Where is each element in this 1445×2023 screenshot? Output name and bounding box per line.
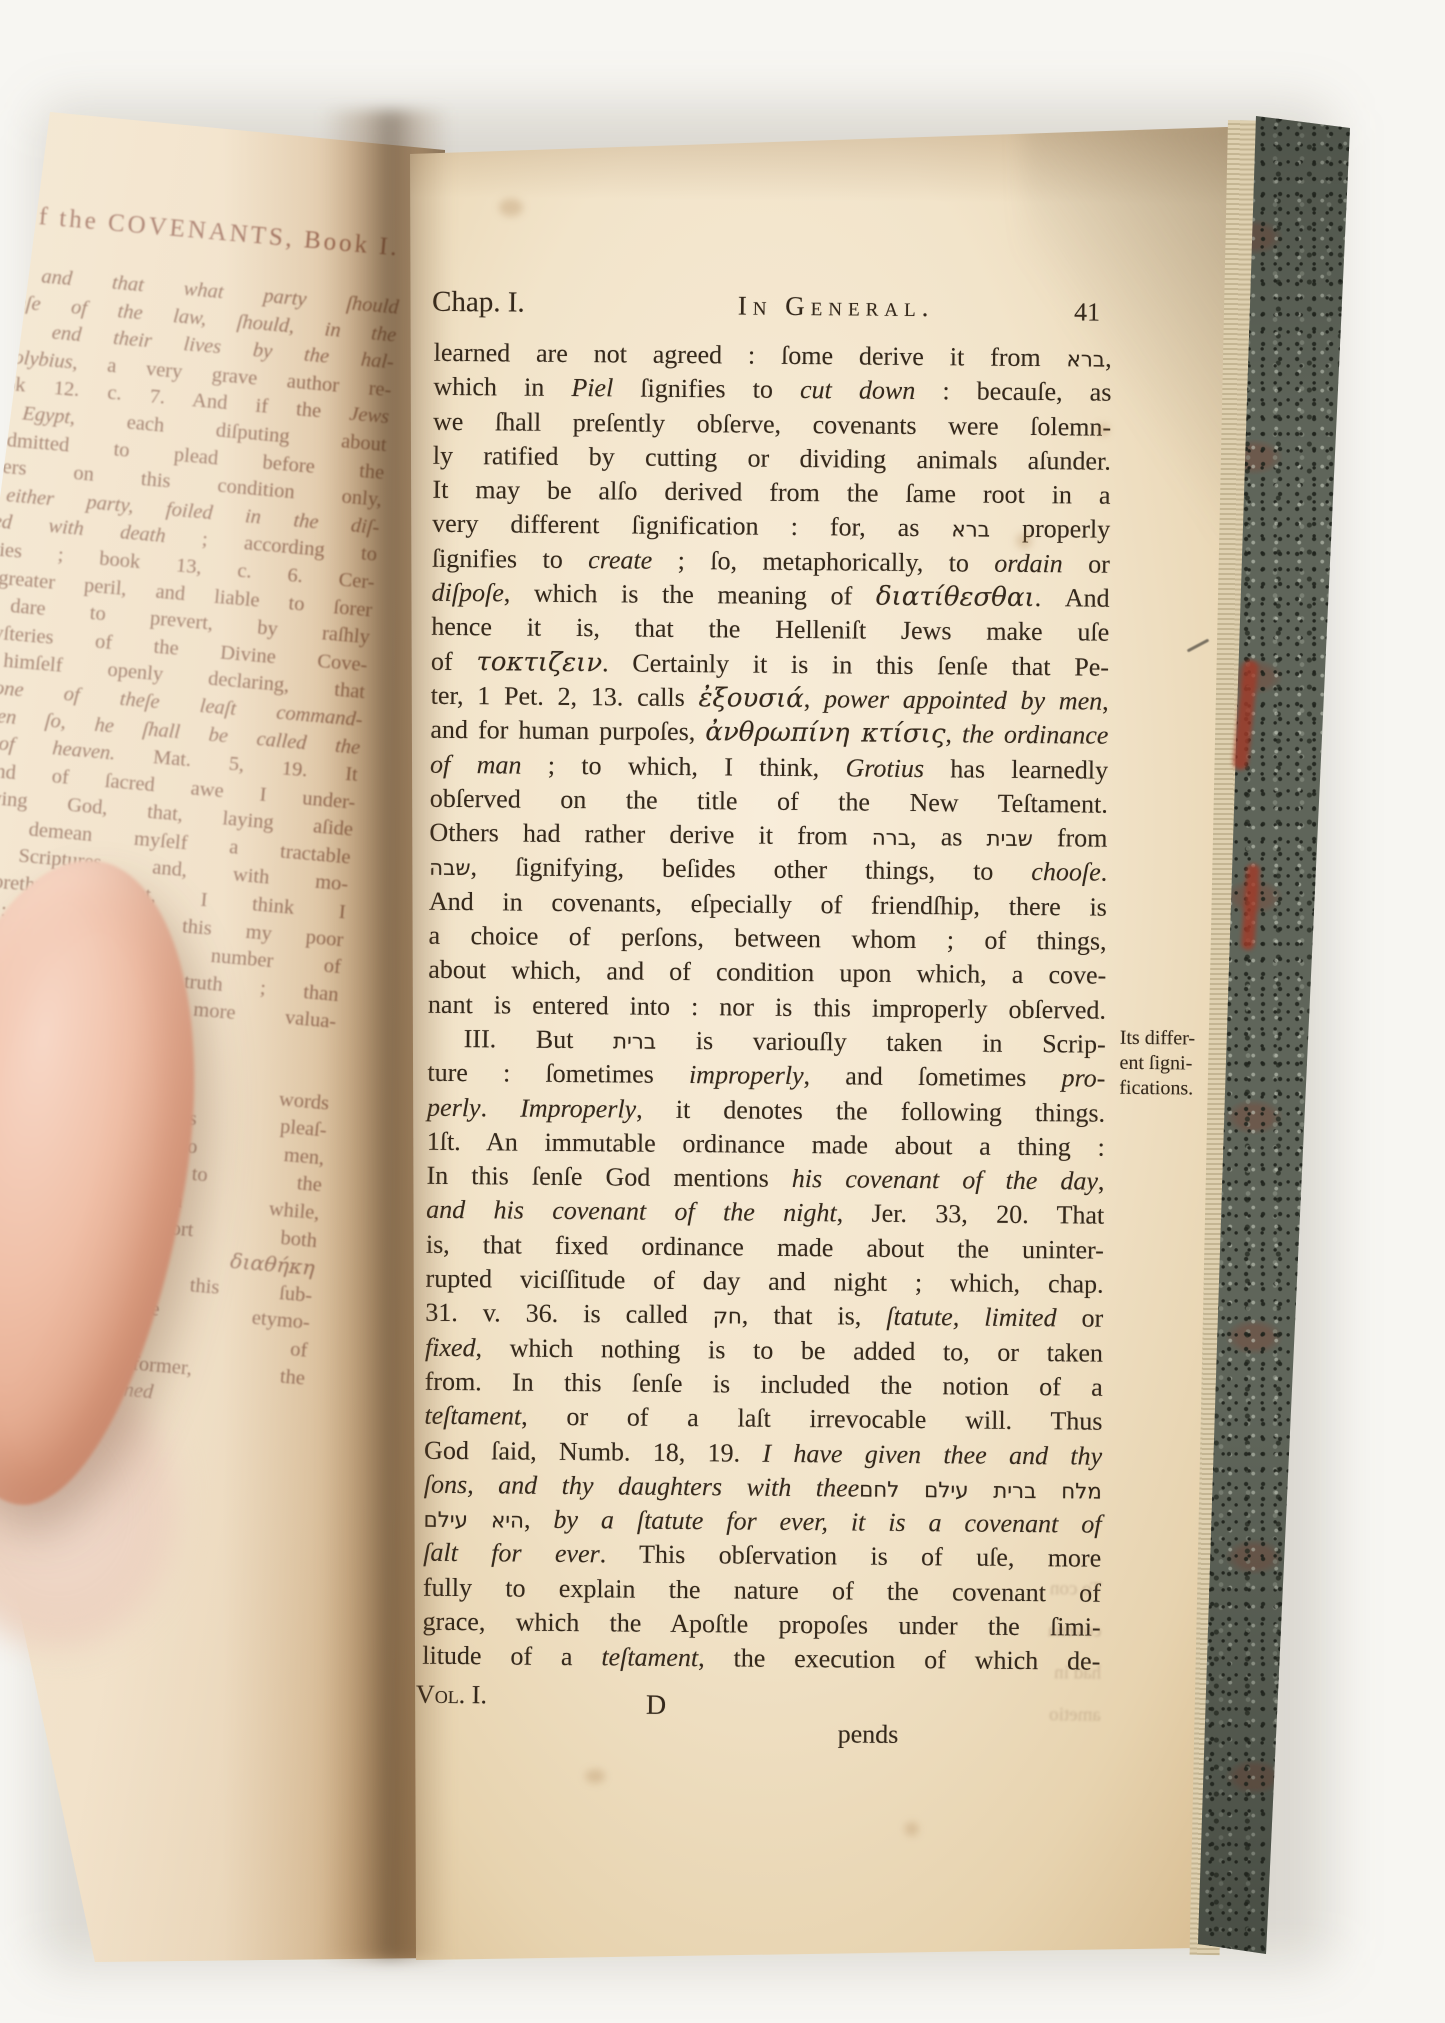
book-photo: Of the COVENANTS, Book I. about their wo… <box>0 0 1445 2023</box>
text-line: ſignifies to create ; ſo, metaphorically… <box>432 542 1110 582</box>
text-line: ly ratified by cutting or dividing anima… <box>433 439 1111 479</box>
text-line: To con <box>932 1567 1102 1610</box>
bleed-through-text: To concovenahad inametio <box>931 1567 1102 1736</box>
body-text: learned are not agreed : ſome derive it … <box>422 336 1112 1679</box>
page-number: 41 <box>1074 297 1100 327</box>
text-line: III. But ברית is variouſly taken in Scri… <box>428 1022 1106 1062</box>
text-line: rupted viciſſitude of day and night ; wh… <box>425 1262 1103 1302</box>
text-line: And in covenants, eſpecially of friendſh… <box>429 885 1107 925</box>
chapter-heading: Chap. I. <box>432 286 525 320</box>
volume-label: Vol. I. <box>416 1680 487 1711</box>
text-line: perly. Improperly, it denotes the follow… <box>427 1090 1105 1130</box>
text-line: and for human purpoſes, ἀνθρωπίνη κτίσις… <box>430 713 1108 753</box>
text-line: ter, 1 Pet. 2, 13. calls ἐξουσιά, power … <box>431 679 1109 719</box>
text-line: In this ſenſe God mentions his covenant … <box>426 1159 1104 1199</box>
foxing-spot <box>905 1822 919 1836</box>
text-line: of τοκτιζειν. Certainly it is in this ſe… <box>431 644 1109 684</box>
foxing-spot <box>585 1769 605 1783</box>
running-header-left: Of the COVENANTS, Book I. <box>0 177 405 264</box>
text-line: we ſhall preſently obſerve, covenants we… <box>433 404 1111 444</box>
text-line: which in Piel ſignifies to cut down : be… <box>433 370 1111 410</box>
text-line: is, that fixed ordinance made about the … <box>426 1227 1104 1267</box>
catchword: pends <box>838 1719 899 1750</box>
text-line: learned are not agreed : ſome derive it … <box>434 336 1112 376</box>
text-line: 1ſt. An immutable ordinance made about a… <box>427 1125 1105 1165</box>
foxing-spot <box>499 198 523 216</box>
text-line: ture : ſometimes improperly, and ſometim… <box>427 1056 1105 1096</box>
foxing-spot <box>1016 533 1032 549</box>
text-line: nant is entered into : nor is this impro… <box>428 987 1106 1027</box>
text-line: 31. v. 36. is called חק, that is, ſtatut… <box>425 1296 1103 1336</box>
text-line: ſons, and thy daughters with theeמלח ברי… <box>424 1468 1102 1508</box>
text-line: God ſaid, Numb. 18, 19. I have given the… <box>424 1433 1102 1473</box>
text-line: hence it is, that the Helleniſt Jews mak… <box>431 610 1109 650</box>
text-line: about which, and of condition upon which… <box>428 953 1106 993</box>
foxing-spot <box>1097 424 1109 436</box>
gathering-signature: D <box>646 1690 667 1722</box>
text-line: a choice of perſons, between whom ; of t… <box>428 919 1106 959</box>
text-line: Others had rather derive it from ברה, as… <box>429 816 1107 856</box>
text-line: obſerved on the title of the New Teſtame… <box>430 782 1108 822</box>
text-line: teſtament, or of a laſt irrevocable will… <box>424 1399 1102 1439</box>
text-line: שבה, ſignifying, beſides other things, t… <box>429 850 1107 890</box>
text-line: very different ſignification : for, as ב… <box>432 507 1110 547</box>
text-line: fixed, which nothing is to be added to, … <box>425 1330 1103 1370</box>
text-line: It may be alſo derived from the ſame roo… <box>432 473 1110 513</box>
text-line: of man ; to which, I think, Grotius has … <box>430 747 1108 787</box>
text-line: from. In this ſenſe is included the noti… <box>425 1365 1103 1405</box>
right-page: Chap. I. In General. 41 learned are not … <box>398 118 1270 1966</box>
text-line: covena <box>931 1609 1101 1652</box>
running-title: In General. <box>686 290 986 324</box>
text-line: had in <box>931 1651 1101 1694</box>
text-line: היא עילם, by a ſtatute for ever, it is a… <box>423 1502 1101 1542</box>
text-line: diſpoſe, which is the meaning of διατίθε… <box>431 576 1109 616</box>
text-line: ametio <box>931 1693 1101 1736</box>
text-line: and his covenant of the night, Jer. 33, … <box>426 1193 1104 1233</box>
